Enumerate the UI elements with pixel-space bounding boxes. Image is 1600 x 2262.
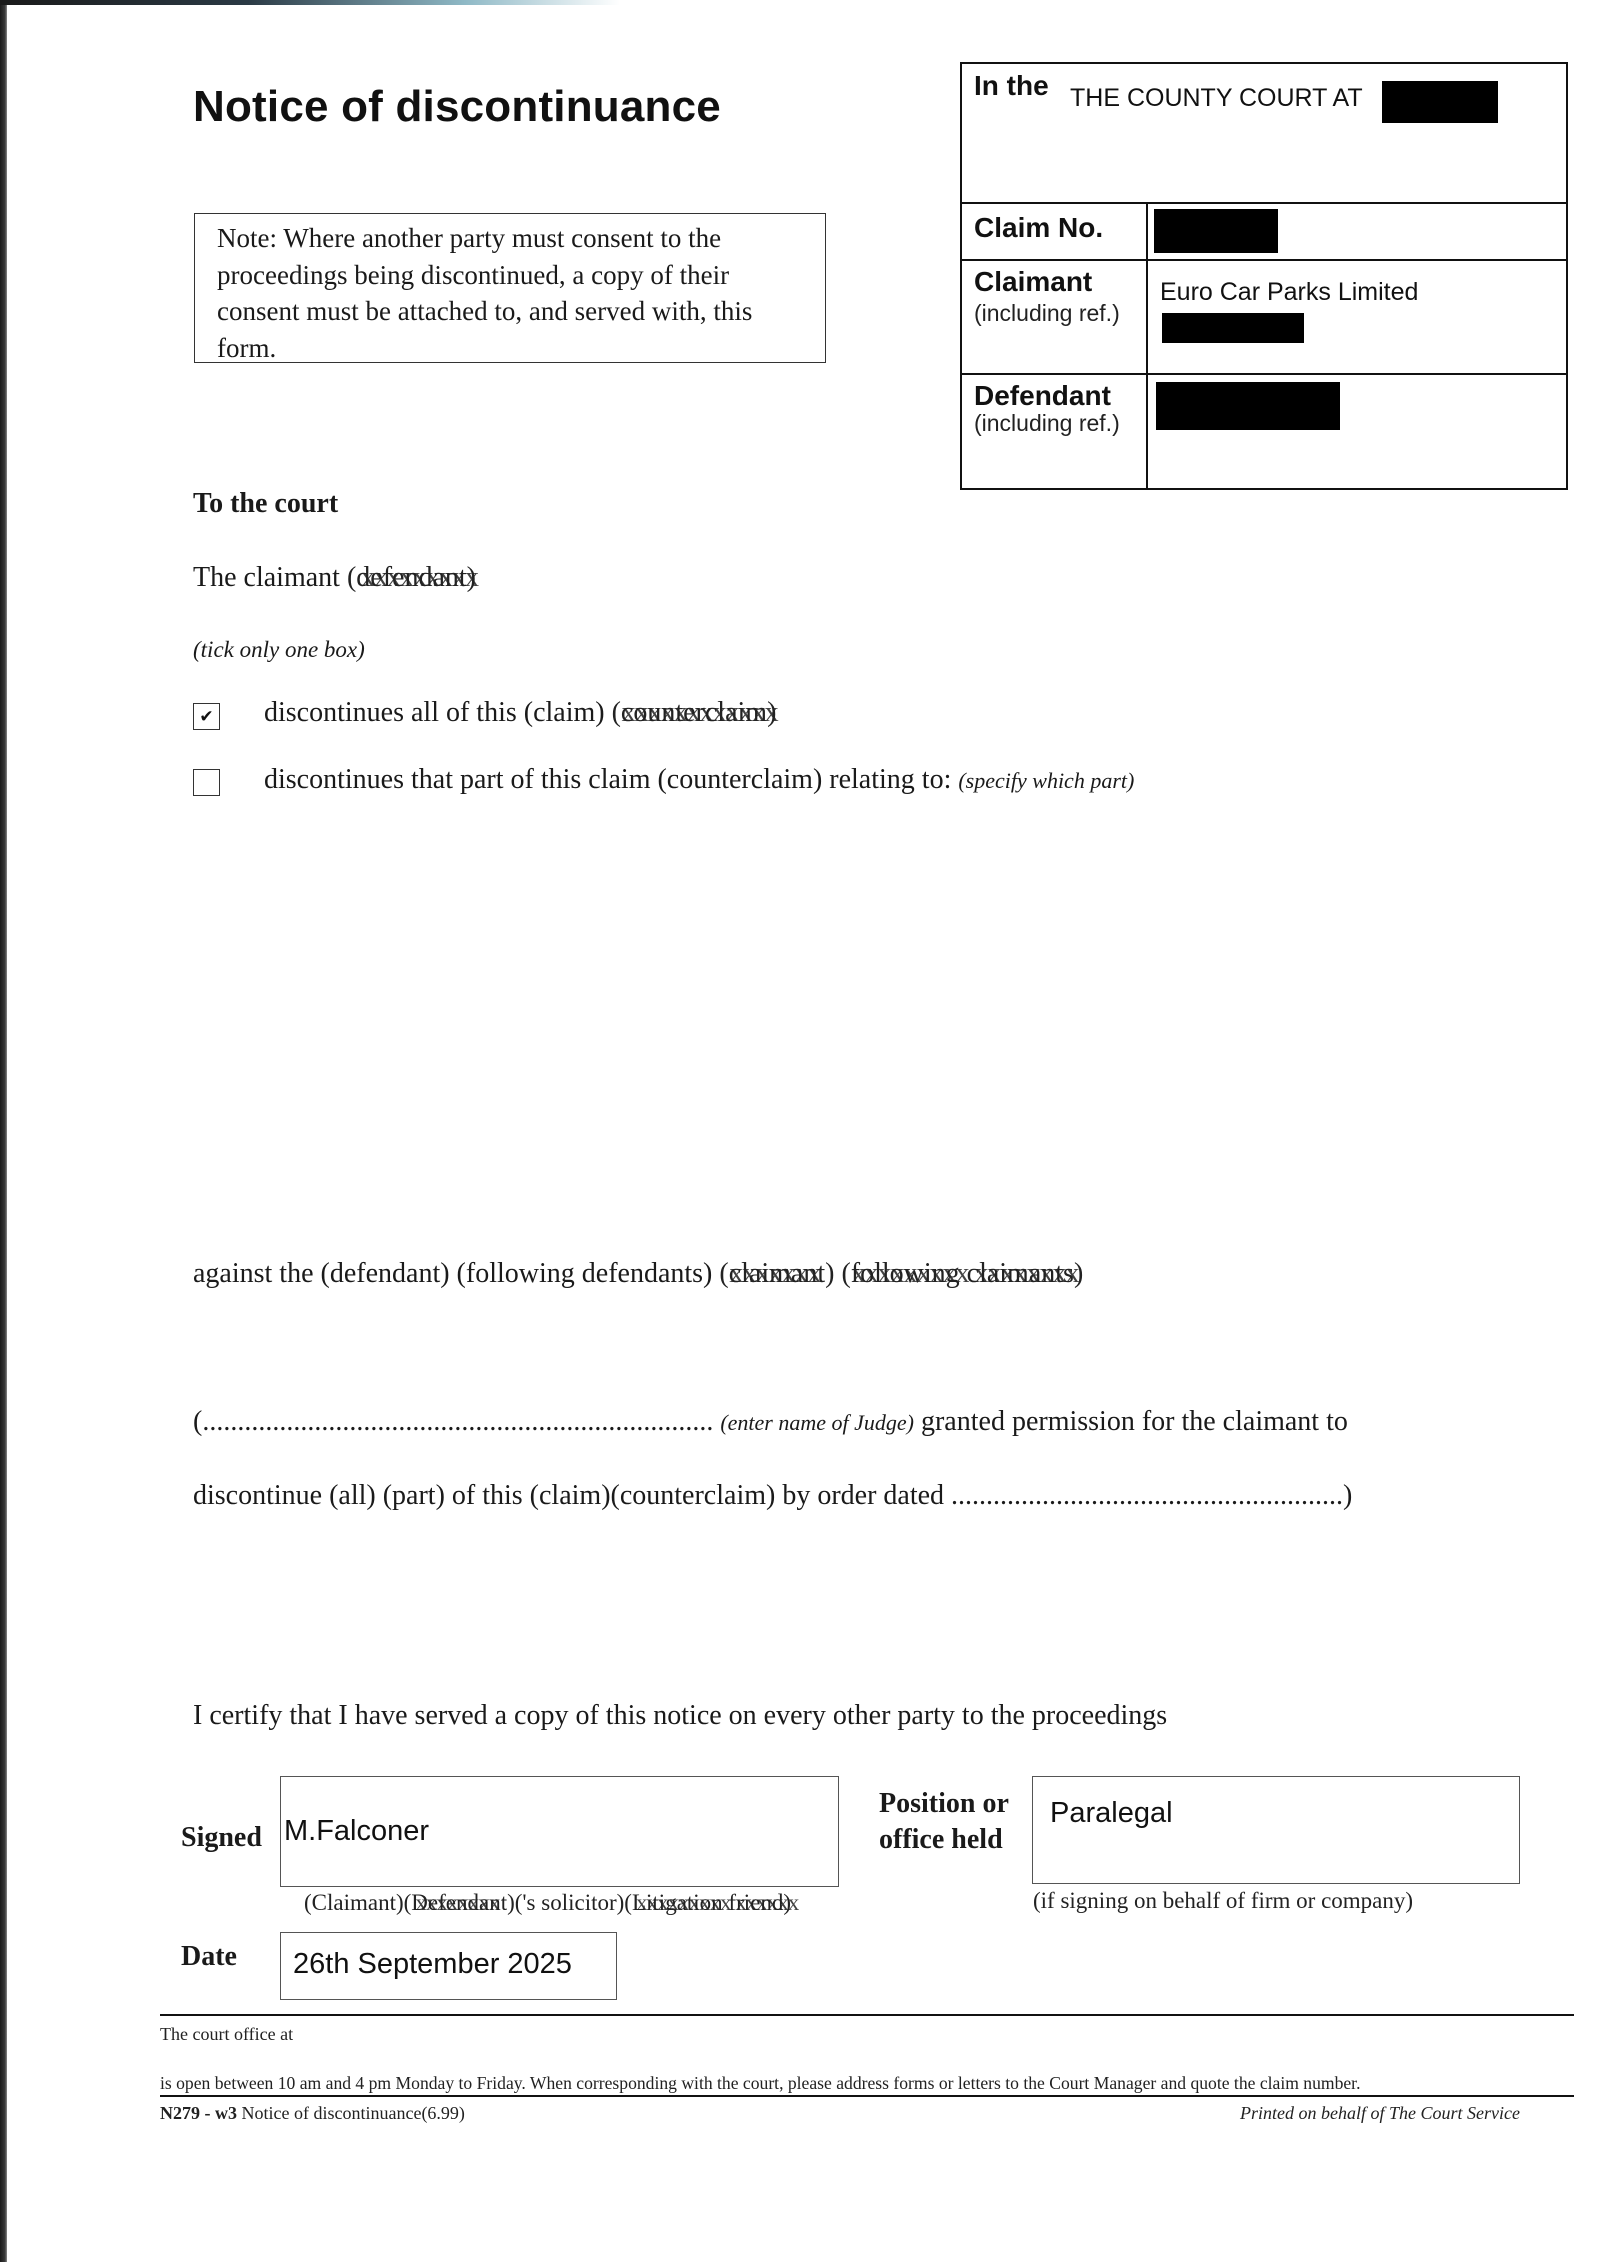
judge-permission-line: (.......................................… — [193, 1406, 1348, 1438]
divider-claim-no — [962, 202, 1566, 204]
court-details-box: In the THE COUNTY COURT AT Claim No. Cla… — [960, 62, 1568, 490]
discontinue-all-label: discontinues all of this (claim) (counte… — [264, 697, 776, 729]
discontinue-part-label: discontinues that part of this claim (co… — [264, 764, 1134, 796]
struck-claimant: (claimant)xxxxxxx — [719, 1258, 834, 1290]
party-line: The claimant (defendant)xxxxxxxxx — [193, 562, 476, 594]
date-field[interactable]: 26th September 2025 — [280, 1932, 617, 2000]
scan-edge-top — [0, 0, 620, 5]
form-reference: N279 - w3 Notice of discontinuance(6.99) — [160, 2103, 465, 2124]
position-hint: (if signing on behalf of firm or company… — [1033, 1888, 1413, 1914]
in-the-label: In the — [974, 70, 1049, 102]
certify-statement: I certify that I have served a copy of t… — [193, 1700, 1167, 1732]
signatory-capacity: (Claimant)(Defendantxxxxxxxx)('s solicit… — [304, 1890, 791, 1916]
claim-no-redaction[interactable] — [1154, 209, 1278, 253]
struck-counterclaim: (counterclaim)xxxxxxxxxxxx — [612, 697, 777, 729]
divider-claimant — [962, 259, 1566, 261]
defendant-label: Defendant — [974, 380, 1111, 412]
court-hours-text: is open between 10 am and 4 pm Monday to… — [160, 2073, 1360, 2094]
court-office-text: The court office at — [160, 2024, 293, 2045]
divider-defendant — [962, 373, 1566, 375]
tick-instruction: (tick only one box) — [193, 637, 365, 663]
specify-part-hint: (specify which part) — [958, 768, 1134, 793]
struck-following-claimants: (following claimants)xxxxxxxxx xxxxxxxx — [841, 1258, 1083, 1290]
court-name: THE COUNTY COURT AT — [1070, 84, 1363, 113]
claimant-label: Claimant — [974, 266, 1092, 298]
date-value: 26th September 2025 — [293, 1948, 572, 1980]
column-divider — [1146, 204, 1148, 488]
against-line: against the (defendant) (following defen… — [193, 1258, 1083, 1290]
discontinue-all-checkbox[interactable]: ✔ — [193, 703, 220, 730]
judge-name-blank[interactable]: (.......................................… — [193, 1406, 713, 1437]
claimant-value[interactable]: Euro Car Parks Limited — [1160, 278, 1418, 307]
claimant-ref-redaction — [1162, 313, 1304, 343]
claim-no-label: Claim No. — [974, 212, 1103, 244]
order-dated-line: discontinue (all) (part) of this (claim)… — [193, 1480, 1352, 1512]
judge-hint: (enter name of Judge) — [720, 1410, 914, 1435]
struck-defendant-capacity: Defendantxxxxxxxx — [411, 1890, 507, 1916]
position-label: Position oroffice held — [879, 1786, 1009, 1858]
footer-rule-top — [160, 2014, 1574, 2016]
printed-by: Printed on behalf of The Court Service — [1240, 2103, 1520, 2124]
date-label: Date — [181, 1941, 237, 1973]
position-value: Paralegal — [1050, 1797, 1173, 1829]
to-the-court-heading: To the court — [193, 488, 338, 520]
position-field[interactable]: Paralegal — [1032, 1776, 1520, 1884]
court-location-redaction — [1382, 81, 1498, 123]
defendant-sublabel: (including ref.) — [974, 410, 1120, 437]
signed-value: M.Falconer — [284, 1815, 429, 1847]
struck-litigation-friend: Litigation friendxxxxxxxxx xxxxxx — [632, 1890, 783, 1916]
defendant-redaction[interactable] — [1156, 382, 1340, 430]
struck-defendant: (defendant)xxxxxxxxx — [347, 562, 476, 594]
scan-edge-left — [0, 0, 7, 2262]
form-name: Notice of discontinuance(6.99) — [237, 2103, 465, 2123]
footer-rule-bottom — [160, 2095, 1574, 2097]
signed-label: Signed — [181, 1822, 262, 1854]
page-title: Notice of discontinuance — [193, 82, 721, 132]
claimant-sublabel: (including ref.) — [974, 300, 1120, 327]
the-claimant-text: The claimant — [193, 562, 347, 593]
form-code: N279 - w3 — [160, 2103, 237, 2123]
consent-note-text: Note: Where another party must consent t… — [217, 220, 803, 366]
discontinue-part-checkbox[interactable] — [193, 769, 220, 796]
signed-field[interactable]: M.Falconer — [280, 1776, 839, 1887]
consent-note: Note: Where another party must consent t… — [194, 213, 826, 363]
